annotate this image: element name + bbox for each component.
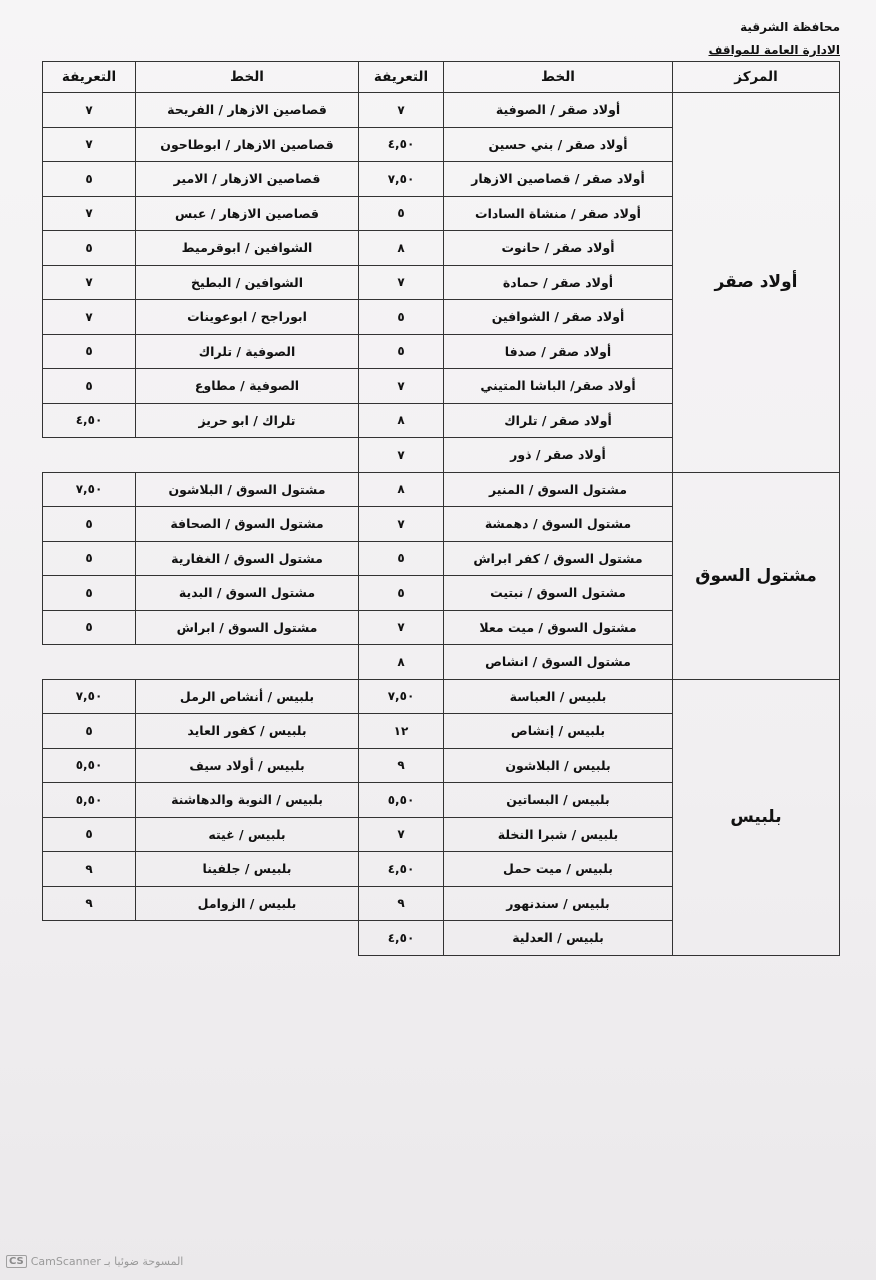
line-cell: مشتول السوق / نبتيت xyxy=(444,576,673,611)
fare-cell: ٥,٥٠ xyxy=(359,783,444,818)
line-cell: مشتول السوق / الصحافة xyxy=(136,507,359,542)
column-header-line: الخط xyxy=(444,62,673,93)
table-row: بلبيس / أنشاص الرمل٧,٥٠ xyxy=(43,679,359,714)
fare-cell: ٧ xyxy=(359,369,444,404)
fare-cell: ٧ xyxy=(43,93,136,128)
line-cell: مشتول السوق / البدية xyxy=(136,576,359,611)
table-row: الشوافين / ابوقرميط٥ xyxy=(43,231,359,266)
fare-cell: ٧,٥٠ xyxy=(43,679,136,714)
fare-cell: ٥ xyxy=(43,162,136,197)
blank-cell xyxy=(43,921,359,955)
column-header-fare: التعريفة xyxy=(359,62,444,93)
table-row: مشتول السوق / ابراش٥ xyxy=(43,610,359,645)
center-name-cell: مشتول السوق xyxy=(673,472,840,679)
line-cell: مشتول السوق / المنير xyxy=(444,472,673,507)
line-cell: بلبيس / سندنهور xyxy=(444,886,673,921)
line-cell: مشتول السوق / الغفارية xyxy=(136,541,359,576)
column-header-fare: التعريفة xyxy=(43,62,136,93)
table-row: بلبيس / النوبة والدهاشنة٥,٥٠ xyxy=(43,783,359,818)
line-cell: مشتول السوق / دهمشة xyxy=(444,507,673,542)
line-cell: أولاد صقر / ذور xyxy=(444,438,673,473)
line-cell: أولاد صقر / تلراك xyxy=(444,403,673,438)
line-cell: أولاد صقر / الصوفية xyxy=(444,93,673,128)
fare-cell: ٧,٥٠ xyxy=(359,679,444,714)
fare-cell: ٧ xyxy=(43,196,136,231)
line-cell: أولاد صقر / الشوافين xyxy=(444,300,673,335)
line-cell: أولاد صقر/ الباشا المتيني xyxy=(444,369,673,404)
line-cell: قصاصين الازهار / ابوطاحون xyxy=(136,127,359,162)
fare-cell: ٧ xyxy=(359,265,444,300)
table-row: بلبيسبلبيس / العباسة٧,٥٠ xyxy=(359,679,840,714)
fare-cell: ٧,٥٠ xyxy=(43,472,136,507)
fare-cell: ٥ xyxy=(43,369,136,404)
blank-cell xyxy=(43,645,359,680)
fare-cell: ٨ xyxy=(359,403,444,438)
fare-cell: ٨ xyxy=(359,472,444,507)
table-row: قصاصين الازهار / الامير٥ xyxy=(43,162,359,197)
fare-cell: ٩ xyxy=(359,748,444,783)
table-row: مشتول السوق / البدية٥ xyxy=(43,576,359,611)
fare-cell: ٥,٥٠ xyxy=(43,783,136,818)
fare-cell: ٩ xyxy=(43,852,136,887)
header-row: المركز الخط التعريفة xyxy=(359,62,840,93)
fare-cell: ٤,٥٠ xyxy=(359,852,444,887)
fare-cell: ٧,٥٠ xyxy=(359,162,444,197)
line-cell: بلبيس / أنشاص الرمل xyxy=(136,679,359,714)
table-row: مشتول السوق / الصحافة٥ xyxy=(43,507,359,542)
line-cell: بلبيس / العباسة xyxy=(444,679,673,714)
fare-cell: ٧ xyxy=(359,610,444,645)
line-cell: أولاد صقر / منشاة السادات xyxy=(444,196,673,231)
table-row: تلراك / ابو حريز٤,٥٠ xyxy=(43,403,359,438)
line-cell: بلبيس / جلفينا xyxy=(136,852,359,887)
camscanner-logo-icon: CS xyxy=(6,1255,27,1268)
line-cell: بلبيس / ميت حمل xyxy=(444,852,673,887)
table-row: مشتول السوقمشتول السوق / المنير٨ xyxy=(359,472,840,507)
line-cell: الصوفية / مطاوع xyxy=(136,369,359,404)
fare-cell: ٥ xyxy=(359,334,444,369)
line-cell: أولاد صقر / حانوت xyxy=(444,231,673,266)
document-header: محافظة الشرقية الادارة العامة للمواقف xyxy=(708,20,840,57)
line-cell: قصاصين الازهار / الامير xyxy=(136,162,359,197)
table-row: بلبيس / كفور العايد٥ xyxy=(43,714,359,749)
line-cell: قصاصين الازهار / عبس xyxy=(136,196,359,231)
fare-cell: ٥ xyxy=(43,231,136,266)
line-cell: الصوفية / تلراك xyxy=(136,334,359,369)
line-cell: الشوافين / ابوقرميط xyxy=(136,231,359,266)
table-row: بلبيس / غيته٥ xyxy=(43,817,359,852)
line-cell: مشتول السوق / كفر ابراش xyxy=(444,541,673,576)
blank-cell xyxy=(43,438,359,473)
blank-row xyxy=(43,438,359,473)
fare-cell: ٥ xyxy=(43,576,136,611)
line-cell: مشتول السوق / ابراش xyxy=(136,610,359,645)
table-row: مشتول السوق / الغفارية٥ xyxy=(43,541,359,576)
center-name-cell: بلبيس xyxy=(673,679,840,955)
fare-cell: ٩ xyxy=(43,886,136,921)
fare-cell: ٥ xyxy=(359,196,444,231)
fare-cell: ٥ xyxy=(43,817,136,852)
line-cell: الشوافين / البطيخ xyxy=(136,265,359,300)
fare-cell: ٨ xyxy=(359,231,444,266)
line-cell: بلبيس / أولاد سيف xyxy=(136,748,359,783)
line-cell: بلبيس / البساتين xyxy=(444,783,673,818)
department-title: الادارة العامة للمواقف xyxy=(708,43,840,57)
fares-table-right: المركز الخط التعريفة أولاد صقرأولاد صقر … xyxy=(358,61,840,956)
line-cell: أولاد صقر / صدفا xyxy=(444,334,673,369)
watermark-text: CamScanner المسوحة ضوئيا بـ xyxy=(31,1255,184,1268)
header-row: الخط التعريفة xyxy=(43,62,359,93)
line-cell: بلبيس / غيته xyxy=(136,817,359,852)
table-row: الشوافين / البطيخ٧ xyxy=(43,265,359,300)
table-row: قصاصين الازهار / ابوطاحون٧ xyxy=(43,127,359,162)
fare-cell: ٤,٥٠ xyxy=(43,403,136,438)
line-cell: بلبيس / الزوامل xyxy=(136,886,359,921)
line-cell: بلبيس / النوبة والدهاشنة xyxy=(136,783,359,818)
column-header-line: الخط xyxy=(136,62,359,93)
fare-cell: ٤,٥٠ xyxy=(359,127,444,162)
fares-table-left: الخط التعريفة قصاصين الازهار / الفريحة٧ق… xyxy=(42,61,359,955)
line-cell: بلبيس / شبرا النخلة xyxy=(444,817,673,852)
governorate-title: محافظة الشرقية xyxy=(708,20,840,34)
table-row: أولاد صقرأولاد صقر / الصوفية٧ xyxy=(359,93,840,128)
fare-cell: ٥ xyxy=(359,576,444,611)
fare-cell: ٥,٥٠ xyxy=(43,748,136,783)
line-cell: بلبيس / إنشاص xyxy=(444,714,673,749)
table-row: بلبيس / أولاد سيف٥,٥٠ xyxy=(43,748,359,783)
fare-cell: ٥ xyxy=(43,610,136,645)
center-name-cell: أولاد صقر xyxy=(673,93,840,473)
fare-cell: ٥ xyxy=(359,541,444,576)
line-cell: أولاد صقر / حمادة xyxy=(444,265,673,300)
scanner-watermark: CS CamScanner المسوحة ضوئيا بـ xyxy=(6,1255,183,1268)
fare-cell: ٧ xyxy=(359,438,444,473)
fare-cell: ٨ xyxy=(359,645,444,680)
fare-cell: ٧ xyxy=(43,127,136,162)
line-cell: ابوراجح / ابوعوينات xyxy=(136,300,359,335)
table-row: قصاصين الازهار / عبس٧ xyxy=(43,196,359,231)
blank-row xyxy=(43,921,359,955)
table-row: الصوفية / مطاوع٥ xyxy=(43,369,359,404)
fare-cell: ٤,٥٠ xyxy=(359,921,444,956)
line-cell: أولاد صقر / بني حسين xyxy=(444,127,673,162)
line-cell: مشتول السوق / انشاص xyxy=(444,645,673,680)
table-row: قصاصين الازهار / الفريحة٧ xyxy=(43,93,359,128)
line-cell: قصاصين الازهار / الفريحة xyxy=(136,93,359,128)
fare-cell: ١٢ xyxy=(359,714,444,749)
fare-cell: ٧ xyxy=(359,817,444,852)
line-cell: بلبيس / كفور العايد xyxy=(136,714,359,749)
table-row: الصوفية / تلراك٥ xyxy=(43,334,359,369)
fare-cell: ٧ xyxy=(43,265,136,300)
fare-cell: ٥ xyxy=(359,300,444,335)
fare-cell: ٧ xyxy=(43,300,136,335)
fare-cell: ٥ xyxy=(43,507,136,542)
table-row: مشتول السوق / البلاشون٧,٥٠ xyxy=(43,472,359,507)
line-cell: مشتول السوق / البلاشون xyxy=(136,472,359,507)
fare-cell: ٥ xyxy=(43,334,136,369)
fare-cell: ٩ xyxy=(359,886,444,921)
blank-row xyxy=(43,645,359,680)
column-header-center: المركز xyxy=(673,62,840,93)
line-cell: أولاد صقر / قصاصين الازهار xyxy=(444,162,673,197)
fare-cell: ٥ xyxy=(43,714,136,749)
fare-cell: ٧ xyxy=(359,507,444,542)
fare-cell: ٥ xyxy=(43,541,136,576)
table-row: بلبيس / جلفينا٩ xyxy=(43,852,359,887)
table-row: ابوراجح / ابوعوينات٧ xyxy=(43,300,359,335)
table-row: بلبيس / الزوامل٩ xyxy=(43,886,359,921)
line-cell: بلبيس / البلاشون xyxy=(444,748,673,783)
fare-cell: ٧ xyxy=(359,93,444,128)
line-cell: مشتول السوق / ميت معلا xyxy=(444,610,673,645)
line-cell: تلراك / ابو حريز xyxy=(136,403,359,438)
line-cell: بلبيس / العدلية xyxy=(444,921,673,956)
